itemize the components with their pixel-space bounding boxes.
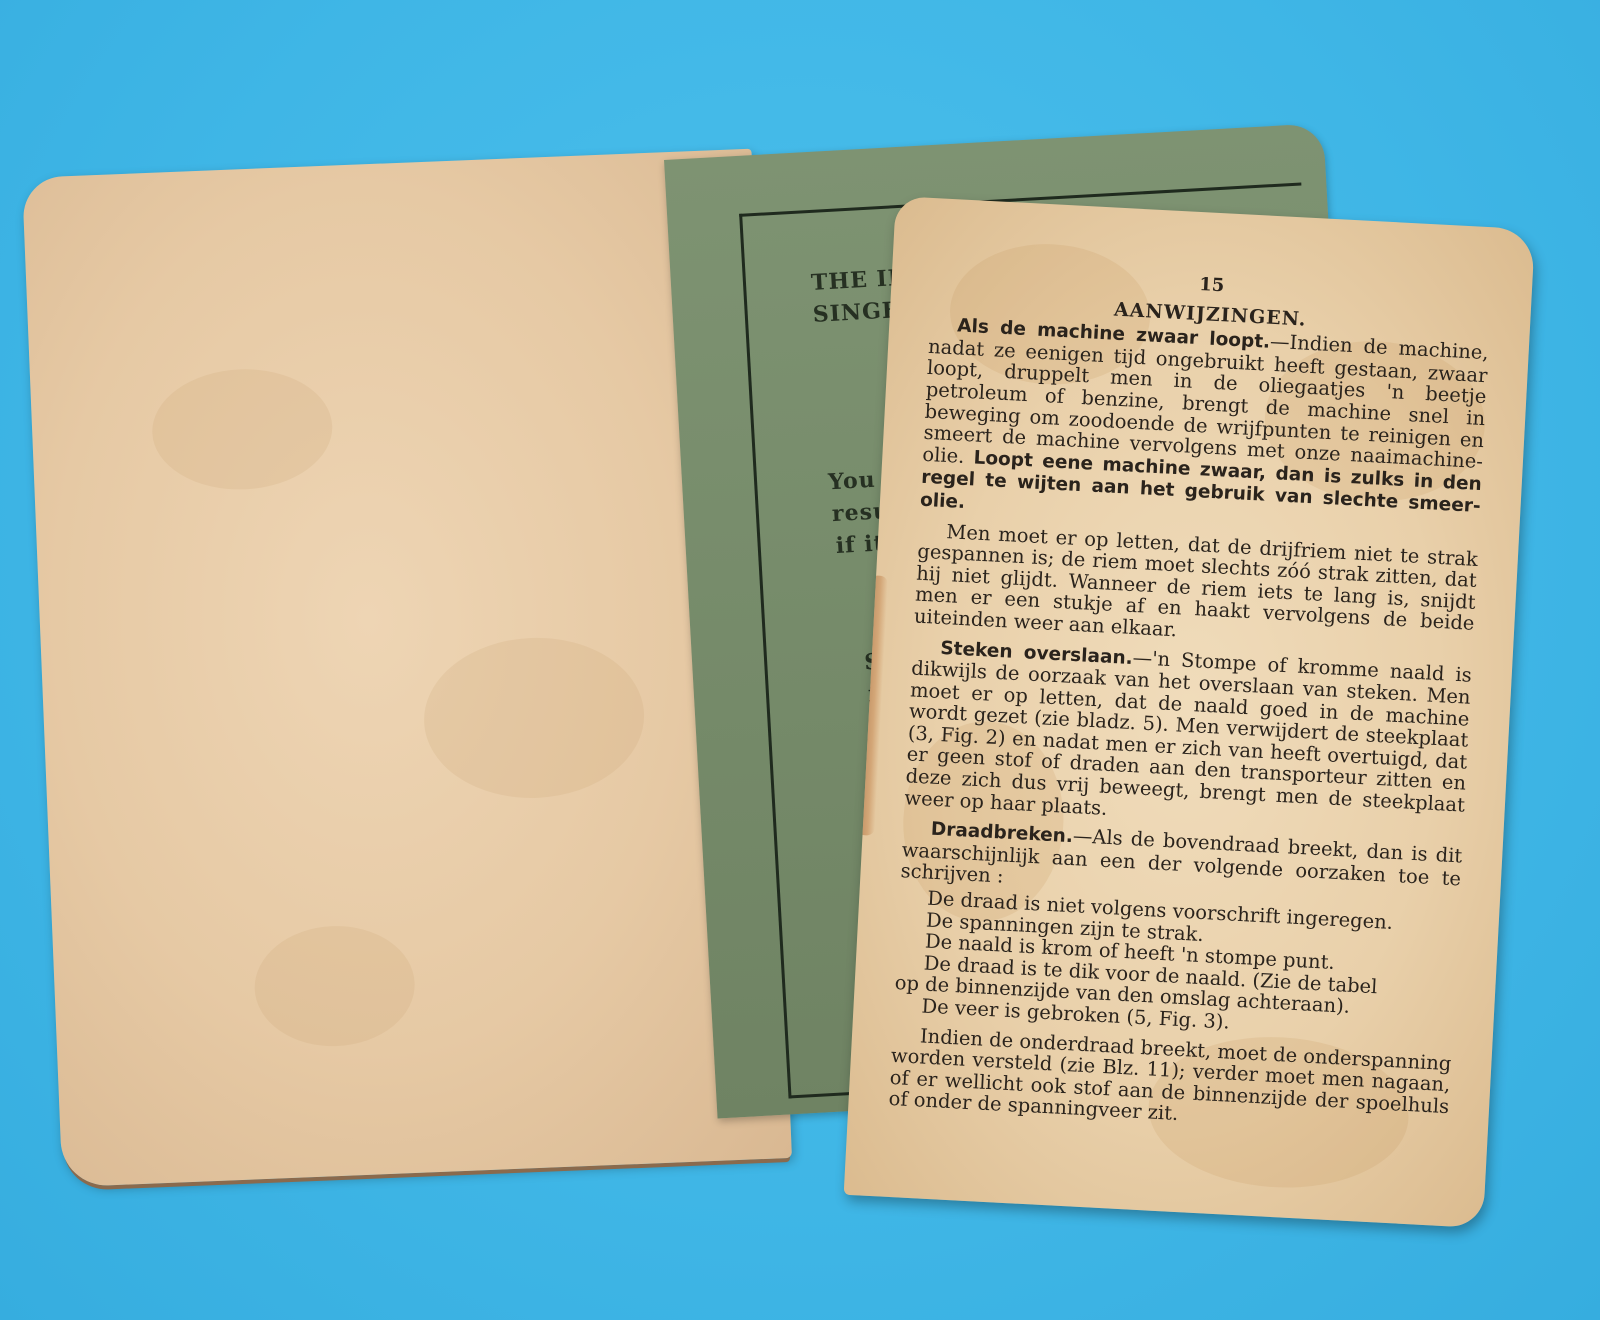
closing-paragraph: Indien de onderdraad breekt, moet de ond… [888, 1024, 1452, 1140]
section-paragraph: Als de machine zwaar loopt.—Indien de ma… [920, 313, 1490, 540]
paper-stain [150, 366, 335, 493]
paper-stain [421, 634, 647, 803]
section-paragraph: Steken overslaan.—'n Stompe of kromme na… [904, 635, 1472, 838]
page-body: 15 AANWIJZINGEN. Als de machine zwaar lo… [888, 260, 1492, 1147]
section-text: Men moet er op letten, dat de drijfriem … [913, 520, 1478, 642]
section-paragraph: Men moet er op letten, dat de drijfriem … [913, 519, 1478, 656]
booklet-loose-page-15: 15 AANWIJZINGEN. Als de machine zwaar lo… [844, 196, 1535, 1228]
paper-stain [252, 923, 417, 1049]
section-text: —'n Stompe of kromme naald is dikwijls d… [904, 646, 1472, 820]
